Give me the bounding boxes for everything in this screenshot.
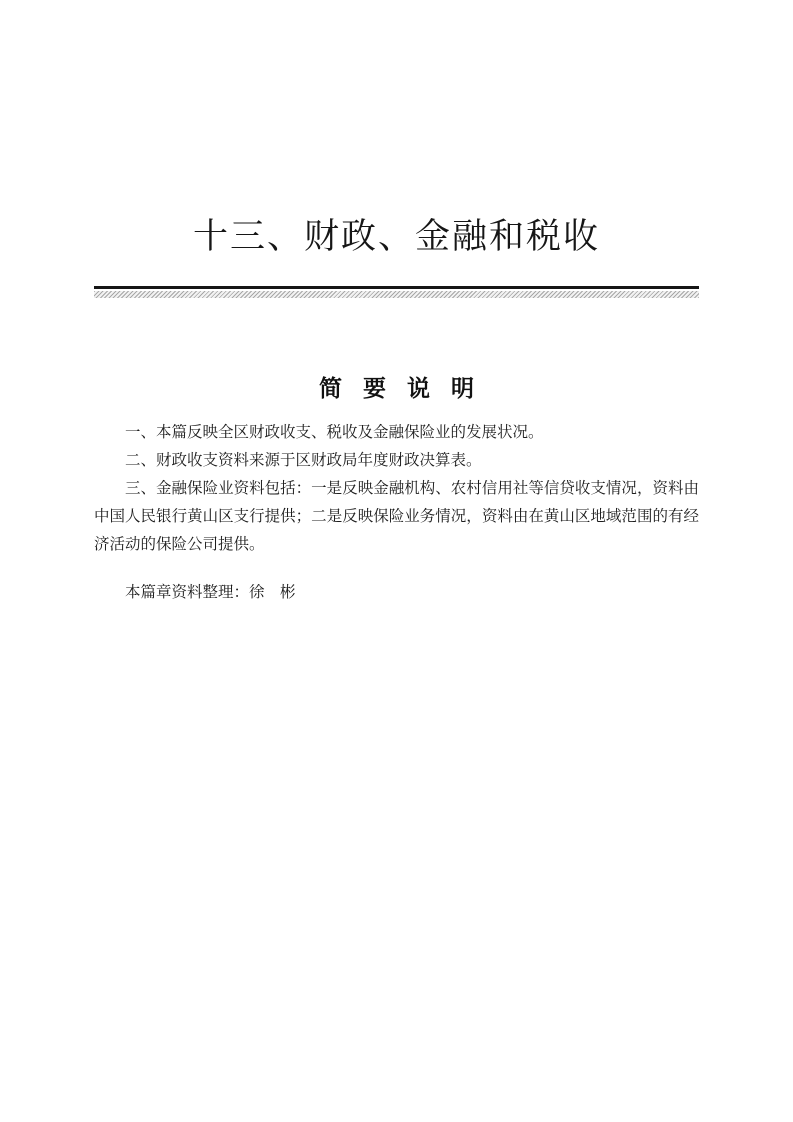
notes-block: 一、本篇反映全区财政收支、税收及金融保险业的发展状况。 二、财政收支资料来源于区… [94,419,699,607]
note-paragraph-2: 二、财政收支资料来源于区财政局年度财政决算表。 [94,447,699,475]
note-paragraph-1: 一、本篇反映全区财政收支、税收及金融保险业的发展状况。 [94,419,699,447]
document-page: 十三、财政、金融和税收 简要说明 一、本篇反映全区财政收支、税收及金融保险业的发… [0,0,793,1122]
note-paragraph-3: 三、金融保险业资料包括：一是反映金融机构、农村信用社等信贷收支情况，资料由中国人… [94,475,699,559]
divider-rule [94,286,699,289]
divider-hatch-band [94,291,699,298]
section-heading: 简要说明 [94,370,699,403]
section-divider [94,286,699,298]
chapter-title: 十三、财政、金融和税收 [94,209,699,259]
attribution-line: 本篇章资料整理：徐 彬 [94,579,699,607]
